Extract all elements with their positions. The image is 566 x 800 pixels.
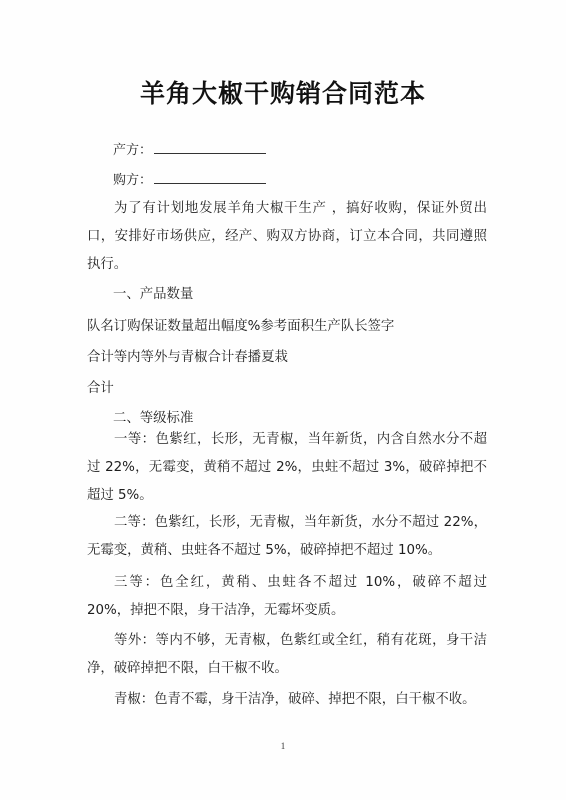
- intro-paragraph: 为了有计划地发展羊角大椒干生产 ，搞好收购，保证外贸出口，安排好市场供应，经产、…: [87, 195, 487, 279]
- grade-paragraph-second: 二等：色紫红，长形，无青椒，当年新货，水分不超过 22%，无霉变，黄稍、虫蛀各不…: [87, 509, 487, 565]
- buyer-field: 购方：: [113, 169, 266, 188]
- grade-paragraph-first: 一等：色紫红，长形，无青椒，当年新货，内含自然水分不超过 22%，无霉变，黄稍不…: [87, 426, 487, 510]
- grade-paragraph-third: 三等：色全红，黄稍、虫蛀各不超过 10%，破碎不超过 20%，掉把不限，身干洁净…: [87, 569, 487, 625]
- seller-label: 产方：: [113, 143, 152, 158]
- page-number: 1: [0, 741, 566, 751]
- buyer-label: 购方：: [113, 173, 152, 188]
- buyer-blank-line: [154, 172, 266, 184]
- seller-field: 产方：: [113, 139, 266, 158]
- seller-blank-line: [154, 142, 266, 154]
- quantity-table-line-1: 队名订购保证数量超出幅度%参考面积生产队长签字: [87, 315, 394, 334]
- grade-paragraph-outside: 等外：等内不够，无青椒，色紫红或全红，稍有花斑，身干洁净，破碎掉把不限，白干椒不…: [87, 627, 487, 683]
- document-title: 羊角大椒干购销合同范本: [0, 74, 566, 110]
- quantity-table-line-3: 合计: [87, 377, 114, 396]
- section-heading-quantity: 一、产品数量: [113, 283, 193, 302]
- document-page: 羊角大椒干购销合同范本 产方： 购方： 为了有计划地发展羊角大椒干生产 ，搞好收…: [0, 0, 566, 800]
- section-heading-grade: 二、等级标准: [113, 407, 193, 426]
- quantity-table-line-2: 合计等内等外与青椒合计春播夏栽: [87, 346, 288, 365]
- grade-paragraph-green: 青椒：色青不霉，身干洁净，破碎、掉把不限，白干椒不收。: [87, 686, 487, 714]
